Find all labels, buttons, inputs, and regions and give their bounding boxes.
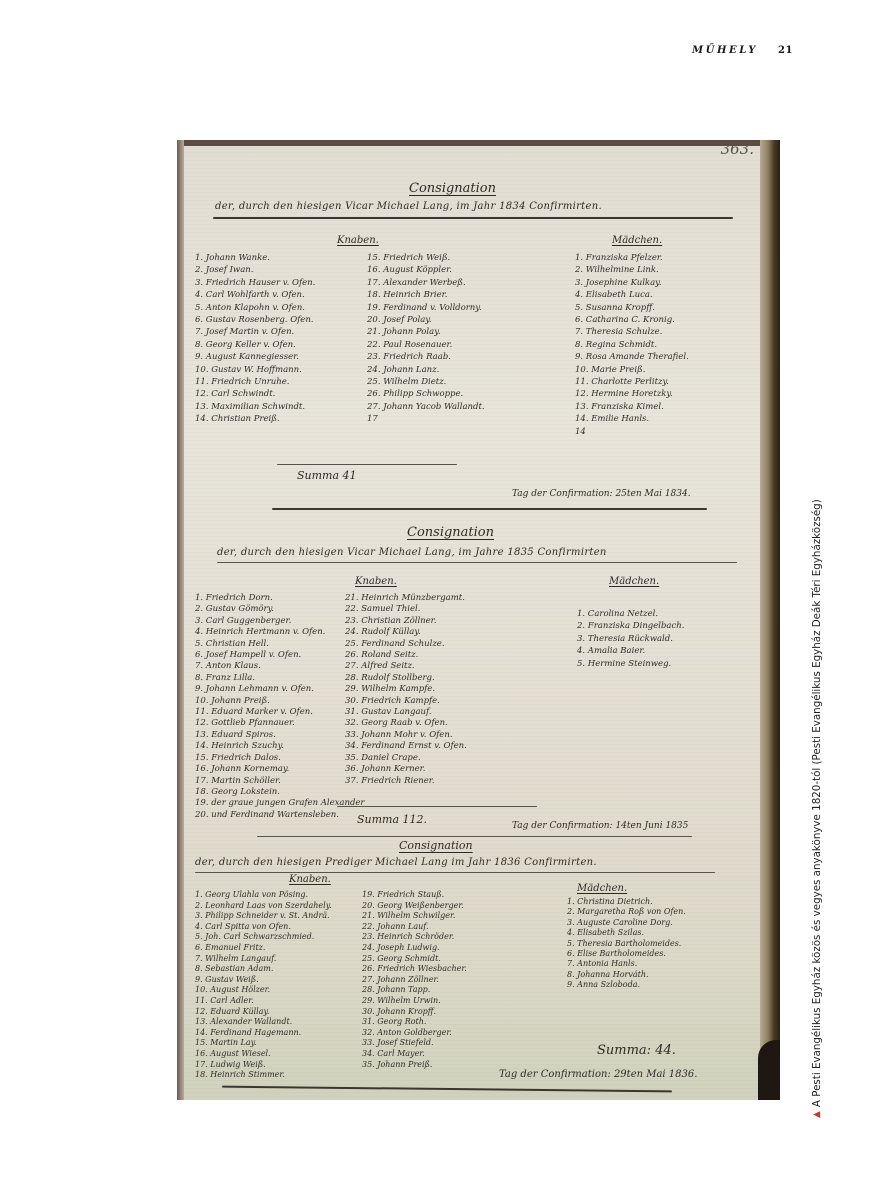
list-item: 13. Alexander Wallandt.	[195, 1017, 332, 1028]
list-item: 8. Georg Keller v. Ofen.	[195, 339, 315, 351]
manuscript-scan: 363. Consignation der, durch den hiesige…	[177, 140, 780, 1100]
list-item: 33. Josef Stiefeld.	[362, 1038, 467, 1049]
list-item: 2. Wilhelmine Link.	[575, 264, 689, 276]
list-item: 19. Ferdinand v. Volldorny.	[367, 302, 485, 314]
list-item: 14. Christian Preiß.	[195, 413, 315, 425]
boys-list-1834-col1: 1. Johann Wanke. 2. Josef Iwan. 3. Fried…	[195, 252, 315, 426]
section-1835-subtitle: der, durch den hiesigen Vicar Michael La…	[217, 548, 607, 558]
list-item: 35. Daniel Crape.	[345, 753, 467, 764]
list-item: 6. Josef Hampell v. Ofen.	[195, 650, 365, 661]
list-item: 11. Friedrich Unruhe.	[195, 376, 315, 388]
list-item: 3. Carl Guggenberger.	[195, 616, 365, 627]
list-item: 1. Georg Ulahla von Pösing.	[195, 890, 332, 901]
list-item: 17. Ludwig Weiß.	[195, 1060, 332, 1071]
divider	[272, 508, 707, 510]
triangle-marker-icon: ▲	[812, 1111, 822, 1118]
section-1834-title: Consignation	[409, 182, 496, 195]
list-item: 24. Johann Lanz.	[367, 364, 485, 376]
list-item: 31. Georg Roth.	[362, 1017, 467, 1028]
summa-1835: Summa 112.	[357, 814, 427, 825]
list-item: 20. Josef Polay.	[367, 314, 485, 326]
list-item: 18. Heinrich Stimmer.	[195, 1070, 332, 1081]
list-item: 13. Maximilian Schwindt.	[195, 401, 315, 413]
divider	[217, 562, 737, 563]
list-item: 24. Joseph Ludwig.	[362, 943, 467, 954]
page-number: 21	[778, 45, 793, 56]
list-item: 11. Eduard Marker v. Ofen.	[195, 707, 365, 718]
boys-list-1835-col1: 1. Friedrich Dorn. 2. Gustav Gömöry. 3. …	[195, 593, 365, 821]
list-item: 31. Gustav Langauf.	[345, 707, 467, 718]
list-item: 9. Rosa Amande Therafiel.	[575, 351, 689, 363]
list-item: 28. Johann Tapp.	[362, 985, 467, 996]
list-item: 14	[575, 426, 689, 438]
list-item: 18. Georg Lokstein.	[195, 787, 365, 798]
list-item: 8. Johanna Horváth.	[567, 970, 686, 980]
girls-heading-1834: Mädchen.	[612, 236, 662, 246]
list-item: 8. Franz Lilla.	[195, 673, 365, 684]
list-item: 3. Theresia Rückwald.	[577, 633, 684, 645]
list-item: 6. Catharina C. Kronig.	[575, 314, 689, 326]
list-item: 20. und Ferdinand Wartensleben.	[195, 810, 365, 821]
list-item: 17. Alexander Werbeß.	[367, 277, 485, 289]
girls-list-1836: 1. Christina Dietrich. 2. Margaretha Roß…	[567, 897, 686, 991]
list-item: 10. Gustav W. Hoffmann.	[195, 364, 315, 376]
list-item: 20. Georg Weißenberger.	[362, 901, 467, 912]
list-item: 4. Amalia Baier.	[577, 645, 684, 657]
confirmation-date-1834: Tag der Confirmation: 25ten Mai 1834.	[512, 490, 691, 499]
list-item: 4. Carl Wohlfarth v. Ofen.	[195, 289, 315, 301]
list-item: 11. Charlotte Perlitzy.	[575, 376, 689, 388]
girls-list-1834: 1. Franziska Pfelzer. 2. Wilhelmine Link…	[575, 252, 689, 438]
list-item: 2. Gustav Gömöry.	[195, 604, 365, 615]
list-item: 1. Friedrich Dorn.	[195, 593, 365, 604]
list-item: 3. Philipp Schneider v. St. Andrä.	[195, 911, 332, 922]
list-item: 21. Johann Polay.	[367, 326, 485, 338]
list-item: 35. Johann Preiß.	[362, 1060, 467, 1071]
list-item: 17	[367, 413, 485, 425]
boys-heading-1836: Knaben.	[289, 875, 331, 885]
list-item: 36. Johann Kerner.	[345, 764, 467, 775]
list-item: 1. Carolina Netzel.	[577, 608, 684, 620]
list-item: 17. Martin Schöller.	[195, 776, 365, 787]
girls-heading-1835: Mädchen.	[609, 577, 659, 587]
list-item: 6. Elise Bartholomeides.	[567, 949, 686, 959]
list-item: 6. Gustav Rosenberg. Ofen.	[195, 314, 315, 326]
list-item: 6. Emanuel Fritz.	[195, 943, 332, 954]
caption-text: A Pesti Evangélikus Egyház közös és vegy…	[811, 499, 823, 1107]
list-item: 12. Hermine Horetzky.	[575, 388, 689, 400]
list-item: 34. Ferdinand Ernst v. Ofen.	[345, 741, 467, 752]
divider	[213, 217, 733, 219]
list-item: 12. Eduard Küllay.	[195, 1007, 332, 1018]
book-binding-edge	[760, 140, 780, 1100]
list-item: 5. Joh. Carl Schwarzschmied.	[195, 932, 332, 943]
list-item: 14. Emilie Hanls.	[575, 413, 689, 425]
list-item: 19. Friedrich Stauß.	[362, 890, 467, 901]
list-item: 26. Philipp Schwoppe.	[367, 388, 485, 400]
list-item: 27. Johann Zöllner.	[362, 975, 467, 986]
list-item: 12. Gottlieb Pfannauer.	[195, 718, 365, 729]
divider	[337, 806, 537, 807]
section-1834-subtitle: der, durch den hiesigen Vicar Michael La…	[215, 202, 602, 212]
list-item: 32. Anton Goldberger.	[362, 1028, 467, 1039]
boys-list-1835-col2: 21. Heinrich Münzbergamt. 22. Samuel Thi…	[345, 593, 467, 787]
divider	[222, 1086, 672, 1093]
list-item: 7. Antonia Hanls.	[567, 959, 686, 969]
section-1835-title: Consignation	[407, 526, 494, 539]
list-item: 22. Johann Lauf.	[362, 922, 467, 933]
list-item: 14. Heinrich Szuchy.	[195, 741, 365, 752]
list-item: 37. Friedrich Riener.	[345, 776, 467, 787]
list-item: 16. August Wiesel.	[195, 1049, 332, 1060]
list-item: 2. Leonhard Laas von Szerdahely.	[195, 901, 332, 912]
list-item: 10. August Hölzer.	[195, 985, 332, 996]
boys-list-1834-col2: 15. Friedrich Weiß. 16. August Köppler. …	[367, 252, 485, 426]
folio-number: 363.	[721, 142, 754, 157]
list-item: 5. Anton Klapohn v. Ofen.	[195, 302, 315, 314]
list-item: 21. Heinrich Münzbergamt.	[345, 593, 467, 604]
list-item: 34. Carl Mayer.	[362, 1049, 467, 1060]
list-item: 4. Elisabeth Luca.	[575, 289, 689, 301]
list-item: 1. Johann Wanke.	[195, 252, 315, 264]
list-item: 4. Carl Spitta von Ofen.	[195, 922, 332, 933]
list-item: 9. August Kannegiesser.	[195, 351, 315, 363]
list-item: 7. Josef Martin v. Ofen.	[195, 326, 315, 338]
list-item: 23. Christian Zöllner.	[345, 616, 467, 627]
list-item: 16. August Köppler.	[367, 264, 485, 276]
list-item: 12. Carl Schwindt.	[195, 388, 315, 400]
list-item: 15. Friedrich Dalos.	[195, 753, 365, 764]
list-item: 8. Regina Schmidt.	[575, 339, 689, 351]
scan-left-edge	[177, 140, 184, 1100]
list-item: 10. Johann Preiß.	[195, 696, 365, 707]
list-item: 32. Georg Raab v. Ofen.	[345, 718, 467, 729]
list-item: 25. Georg Schmidt.	[362, 954, 467, 965]
list-item: 5. Hermine Steinweg.	[577, 658, 684, 670]
list-item: 15. Martin Lay.	[195, 1038, 332, 1049]
list-item: 8. Sebastian Adam.	[195, 964, 332, 975]
list-item: 13. Eduard Spiros.	[195, 730, 365, 741]
list-item: 7. Theresia Schulze.	[575, 326, 689, 338]
divider	[195, 872, 715, 873]
list-item: 4. Heinrich Hertmann v. Ofen.	[195, 627, 365, 638]
list-item: 21. Wilhelm Schwilger.	[362, 911, 467, 922]
list-item: 30. Johann Kropff.	[362, 1007, 467, 1018]
list-item: 18. Heinrich Brier.	[367, 289, 485, 301]
dark-corner	[758, 1040, 780, 1100]
girls-list-1835: 1. Carolina Netzel. 2. Franziska Dingelb…	[577, 608, 684, 670]
list-item: 5. Christian Hell.	[195, 639, 365, 650]
list-item: 9. Gustav Weiß.	[195, 975, 332, 986]
section-1836-title: Consignation	[399, 840, 473, 851]
scan-top-edge	[177, 140, 780, 146]
list-item: 10. Marie Preiß.	[575, 364, 689, 376]
list-item: 27. Johann Yacob Wallandt.	[367, 401, 485, 413]
confirmation-date-1835: Tag der Confirmation: 14ten Juni 1835	[512, 822, 688, 831]
list-item: 3. Friedrich Hauser v. Ofen.	[195, 277, 315, 289]
list-item: 25. Ferdinand Schulze.	[345, 639, 467, 650]
list-item: 5. Susanna Kropff.	[575, 302, 689, 314]
list-item: 28. Rudolf Stollberg.	[345, 673, 467, 684]
summa-1836: Summa: 44.	[597, 1044, 676, 1057]
list-item: 23. Friedrich Raab.	[367, 351, 485, 363]
list-item: 1. Franziska Pfelzer.	[575, 252, 689, 264]
confirmation-date-1836: Tag der Confirmation: 29ten Mai 1836.	[499, 1070, 697, 1080]
list-item: 26. Friedrich Wiesbacher.	[362, 964, 467, 975]
list-item: 19. der graue jungen Grafen Alexander	[195, 798, 365, 809]
list-item: 9. Anna Szlobodа.	[567, 980, 686, 990]
list-item: 16. Johann Kornemay.	[195, 764, 365, 775]
list-item: 5. Theresia Bartholomeides.	[567, 939, 686, 949]
list-item: 2. Josef Iwan.	[195, 264, 315, 276]
list-item: 29. Wilhelm Kampfe.	[345, 684, 467, 695]
list-item: 2. Franziska Dingelbach.	[577, 620, 684, 632]
list-item: 23. Heinrich Schröder.	[362, 932, 467, 943]
divider	[257, 836, 692, 837]
list-item: 25. Wilhelm Dietz.	[367, 376, 485, 388]
list-item: 22. Paul Rosenauer.	[367, 339, 485, 351]
list-item: 22. Samuel Thiel.	[345, 604, 467, 615]
list-item: 14. Ferdinand Hagemann.	[195, 1028, 332, 1039]
list-item: 29. Wilhelm Urwin.	[362, 996, 467, 1007]
boys-heading-1835: Knaben.	[355, 577, 397, 587]
list-item: 7. Anton Klaus.	[195, 661, 365, 672]
list-item: 9. Johann Lehmann v. Ofen.	[195, 684, 365, 695]
figure-caption: ▲ A Pesti Evangélikus Egyház közös és ve…	[811, 499, 823, 1118]
running-head: MŰHELY 21	[692, 45, 793, 56]
list-item: 26. Roland Seitz.	[345, 650, 467, 661]
list-item: 1. Christina Dietrich.	[567, 897, 686, 907]
girls-heading-1836: Mädchen.	[577, 884, 627, 894]
list-item: 27. Alfred Seitz.	[345, 661, 467, 672]
summa-1834: Summa 41	[297, 470, 357, 481]
list-item: 30. Friedrich Kampfe.	[345, 696, 467, 707]
boys-heading-1834: Knaben.	[337, 236, 379, 246]
list-item: 3. Auguste Caroline Dorg.	[567, 918, 686, 928]
list-item: 13. Franziska Kimel.	[575, 401, 689, 413]
list-item: 24. Rudolf Küllay.	[345, 627, 467, 638]
list-item: 3. Josephine Kulkay.	[575, 277, 689, 289]
divider	[277, 464, 457, 465]
list-item: 11. Carl Adler.	[195, 996, 332, 1007]
list-item: 2. Margaretha Roß von Ofen.	[567, 907, 686, 917]
list-item: 15. Friedrich Weiß.	[367, 252, 485, 264]
boys-list-1836-col1: 1. Georg Ulahla von Pösing. 2. Leonhard …	[195, 890, 332, 1081]
boys-list-1836-col2: 19. Friedrich Stauß. 20. Georg Weißenber…	[362, 890, 467, 1070]
section-1836-subtitle: der, durch den hiesigen Prediger Michael…	[195, 858, 597, 868]
list-item: 4. Elisabeth Szilas.	[567, 928, 686, 938]
list-item: 33. Johann Mohr v. Ofen.	[345, 730, 467, 741]
section-name: MŰHELY	[692, 45, 758, 56]
list-item: 7. Wilhelm Langauf.	[195, 954, 332, 965]
